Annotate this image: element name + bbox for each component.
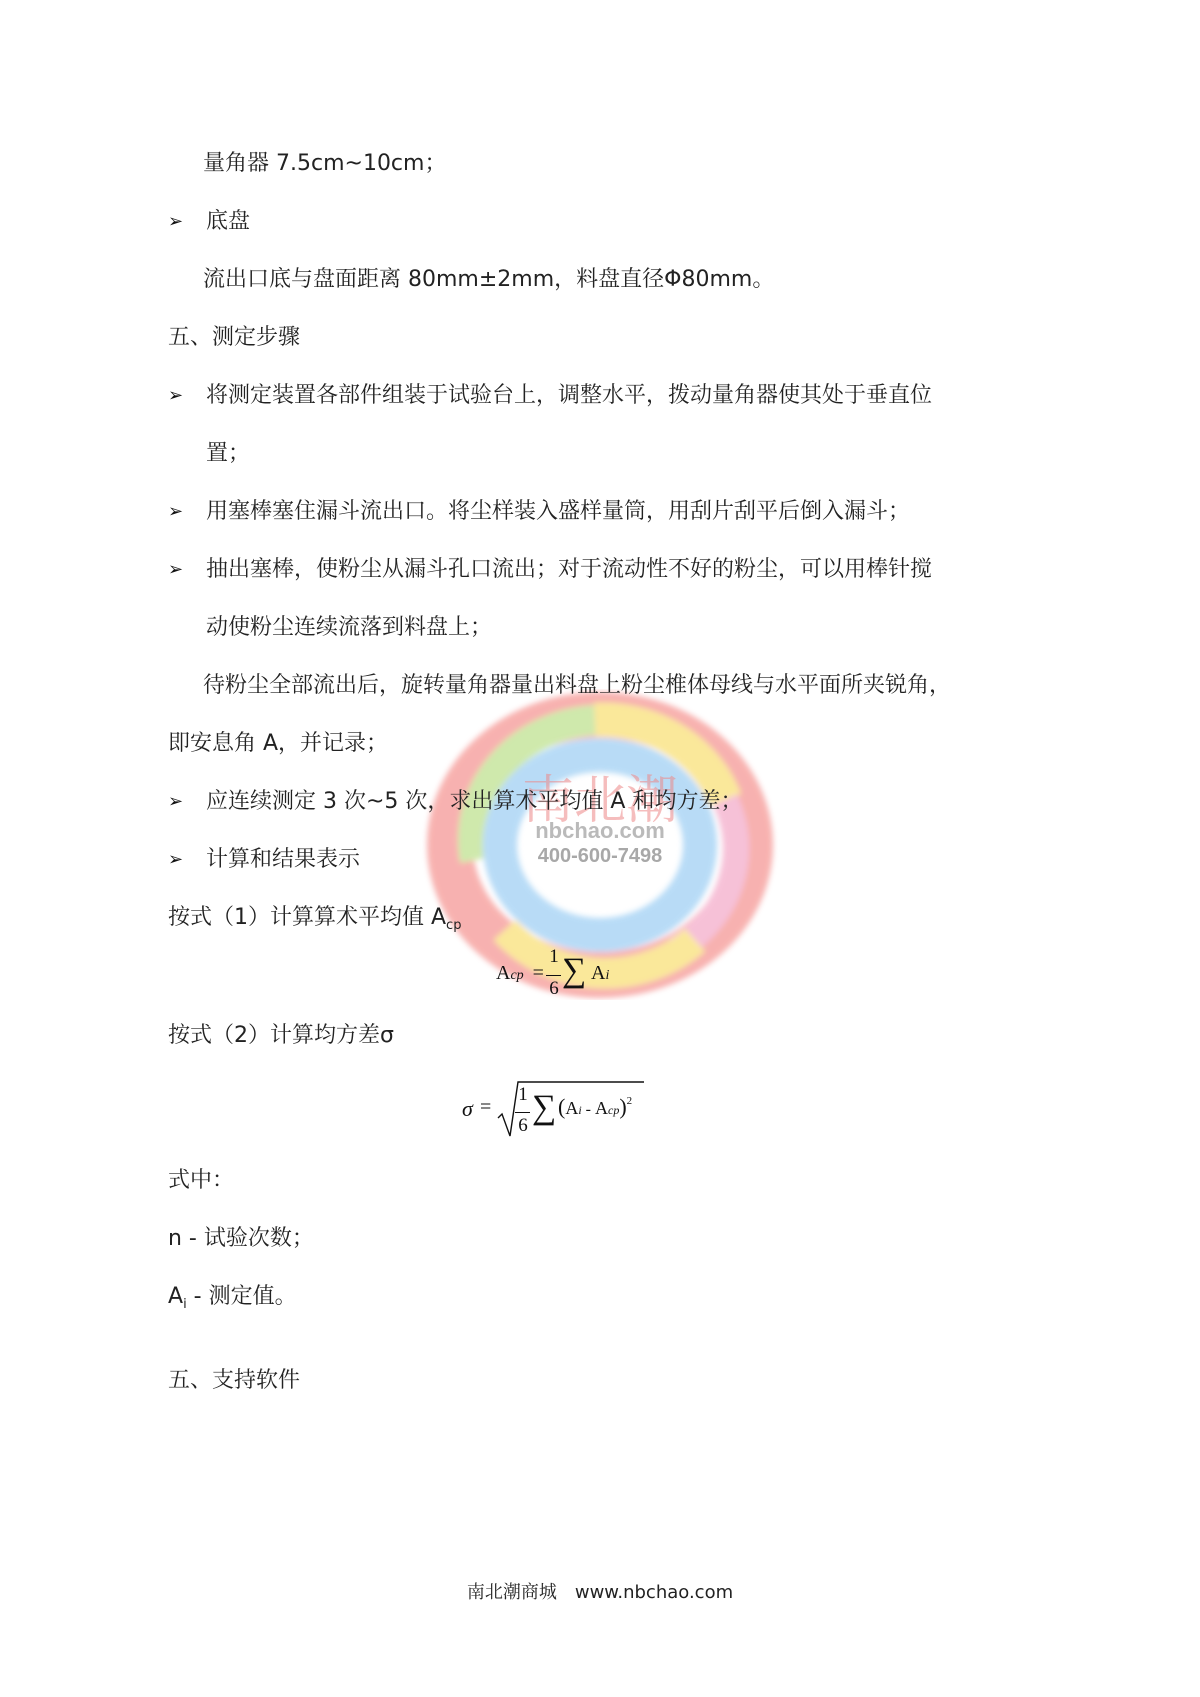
paint-ring-icon: 南北潮 nbchao.com 400-600-7498 — [395, 680, 815, 1000]
text-line-step-assemble-cont: 置； — [206, 439, 250, 469]
footer-site-name: 南北潮商城 — [467, 1582, 557, 1603]
footer-url[interactable]: www.nbchao.com — [575, 1582, 733, 1603]
text-line-formula1-intro: 按式（1）计算算术平均值 Acp — [168, 903, 461, 941]
text-line-measure-angle: 待粉尘全部流出后，旋转量角器量出料盘上粉尘椎体母线与水平面所夹锐角， — [203, 671, 951, 701]
text-line-repose-angle: 即安息角 A，并记录； — [168, 729, 388, 759]
text-line-step-release-cont: 动使粉尘连续流落到料盘上； — [206, 613, 492, 643]
text-line-protractor: 量角器 7.5cm~10cm； — [203, 149, 446, 179]
section-heading-software: 五、支持软件 — [168, 1366, 300, 1396]
bullet-arrow-icon: ➢ — [168, 497, 183, 527]
text-line-formula2-intro: 按式（2）计算均方差σ — [168, 1021, 394, 1051]
bullet-arrow-icon: ➢ — [168, 381, 183, 411]
bullet-arrow-icon: ➢ — [168, 787, 183, 817]
text-line-where: 式中： — [168, 1166, 234, 1196]
text-line-outlet-distance: 流出口底与盘面距离 80mm±2mm，料盘直径Φ80mm。 — [203, 265, 774, 295]
text-line-step-release: 抽出塞棒，使粉尘从漏斗孔口流出；对于流动性不好的粉尘，可以用棒针搅 — [206, 555, 932, 585]
section-heading-procedure: 五、测定步骤 — [168, 323, 300, 353]
watermark-phone: 400-600-7498 — [538, 845, 663, 867]
bullet-arrow-icon: ➢ — [168, 845, 183, 875]
watermark-logo: 南北潮 nbchao.com 400-600-7498 — [395, 680, 815, 1000]
bullet-arrow-icon: ➢ — [168, 555, 183, 585]
text-line-var-ai: Ai - 测定值。 — [168, 1282, 297, 1320]
text-line-var-n: n - 试验次数； — [168, 1224, 314, 1254]
bullet-arrow-icon: ➢ — [168, 207, 183, 237]
formula-std-dev: σ = 1 6 ∑ (Ai - Acp)2 — [462, 1076, 662, 1146]
page-footer: 南北潮商城www.nbchao.com — [0, 1578, 1200, 1604]
watermark-domain: nbchao.com — [535, 818, 665, 843]
text-line-repeat: 应连续测定 3 次~5 次，求出算术平均值 A 和均方差； — [206, 787, 742, 817]
text-line-calc-heading: 计算和结果表示 — [206, 845, 360, 875]
text-line-step-assemble: 将测定装置各部件组装于试验台上，调整水平，拨动量角器使其处于垂直位 — [206, 381, 932, 411]
text-line-base-plate: 底盘 — [206, 207, 250, 237]
text-line-step-plug: 用塞棒塞住漏斗流出口。将尘样装入盛样量筒，用刮片刮平后倒入漏斗； — [206, 497, 910, 527]
